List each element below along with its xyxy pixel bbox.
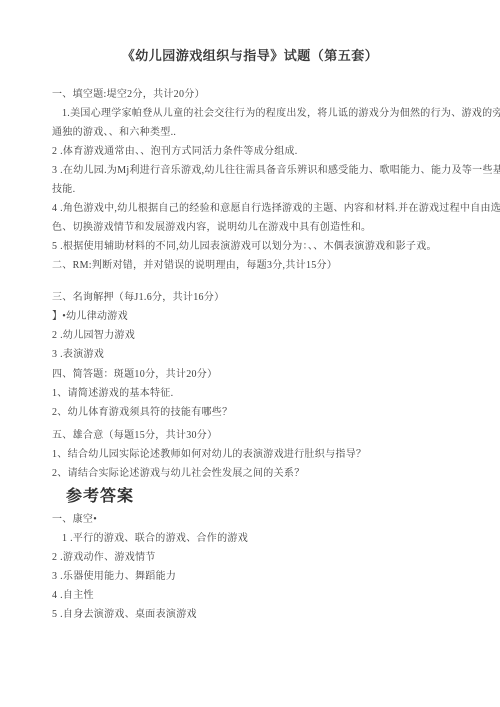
exam-line: 1.美国心理学家帕登从儿童的社会交往行为的程度出发，将儿诋的游戏分为佃然的行为、… xyxy=(52,107,472,121)
section-heading: 三、名询解押（每J1.6分，共计16分） xyxy=(52,291,472,305)
answer-section-heading: 一、康空• xyxy=(52,513,472,527)
exam-line: 通独的游戏、、和六种类型.. xyxy=(52,126,472,140)
exam-line: 4 .角色游戏中,幼儿根据自己的经验和意愿自行选择游戏的主题、内容和材料.并在游… xyxy=(52,202,472,216)
exam-line: 色、切换游戏情节和发展游戏内容，说明幼儿在游戏中具有创造性和。 xyxy=(52,221,472,235)
answer-line: 1 .平行的游戏、联合的游戏、合作的游戏 xyxy=(52,532,472,546)
exam-line: 3 .在幼儿园.为Mj利进行音乐游戏,幼儿往往需具备音乐辨识和感受能力、歌唱能力… xyxy=(52,164,472,178)
exam-line: 1、结合幼儿园实际论述教师如何对幼儿的表演游戏进行肚织与指导？ xyxy=(52,448,472,462)
exam-document-page: 《幼儿园游戏组织与指导》试题（第五套） 一、填空题:堤空2分，共计20分） 1.… xyxy=(0,0,500,707)
section-heading: 五、雄合意（每题15分，共计30分） xyxy=(52,429,472,443)
exam-line: 】•幼儿律动游戏 xyxy=(52,310,472,324)
exam-line: 3 .表演游戏 xyxy=(52,348,472,362)
exam-line: 2 .体育游戏通常由、、泡刊方式同活力条件等成分组成. xyxy=(52,145,472,159)
answer-line: 5 .自身去演游戏、桌面表演游戏 xyxy=(52,608,472,622)
exam-title: 《幼儿园游戏组织与指导》试题（第五套） xyxy=(0,48,500,64)
exam-line: 2、请结合实际论述游戏与幼儿社会性发展之间的关系？ xyxy=(52,467,472,481)
answer-line: 2 .游戏动作、游戏情节 xyxy=(52,551,472,565)
answers-heading: 参考答案 xyxy=(66,487,472,507)
exam-line: 1、请简述游戏的基本特征. xyxy=(52,387,472,401)
exam-line: 5 .根据使用辅助材料的不同,幼儿园表演游戏可以划分为：、、木偶表演游戏和影子戏… xyxy=(52,240,472,254)
section-heading: 一、填空题:堤空2分，共计20分） xyxy=(52,88,472,102)
answer-line: 4 .自主性 xyxy=(52,589,472,603)
exam-line: 2 .幼儿园智力游戏 xyxy=(52,329,472,343)
exam-line: 2、幼儿体育游戏须具符的技能有哪些？ xyxy=(52,406,472,420)
answer-line: 3 .乐器使用能力、舞蹈能力 xyxy=(52,570,472,584)
section-heading: 四、简答题：斑题10分，共计20分） xyxy=(52,368,472,382)
section-heading: 二、RM:判断对错，并对错误的说明理由，每题3分,共计15分） xyxy=(52,259,472,273)
exam-line: 技能. xyxy=(52,183,472,197)
